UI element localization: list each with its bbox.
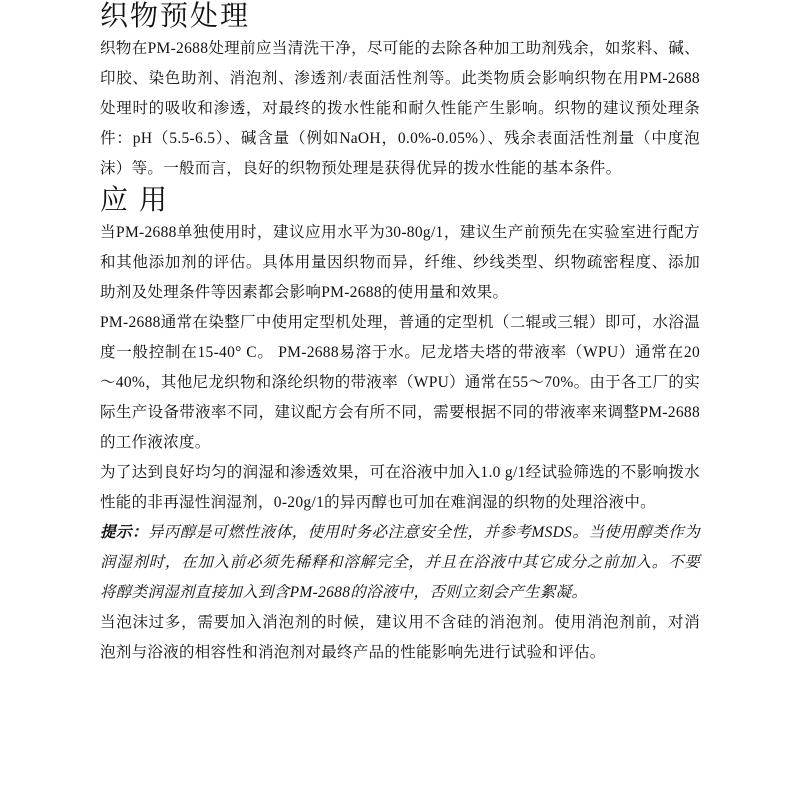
tip-body: 异丙醇是可燃性液体，使用时务必注意安全性，并参考MSDS。当使用醇类作为润湿剂时… [100,524,700,601]
application-process-paragraph: PM-2688通常在染整厂中使用定型机处理，普通的定型机（二辊或三辊）即可，水浴… [100,308,700,458]
pretreatment-paragraph: 织物在PM-2688处理前应当清洗干净，尽可能的去除各种加工助剂残余，如浆料、碱… [100,34,700,184]
tip-paragraph: 提示：异丙醇是可燃性液体，使用时务必注意安全性，并参考MSDS。当使用醇类作为润… [100,518,700,608]
document-page: 织物预处理 织物在PM-2688处理前应当清洗干净，尽可能的去除各种加工助剂残余… [0,0,800,800]
tip-label: 提示： [100,524,148,541]
section-heading-application: 应 用 [100,184,700,218]
application-dosage-paragraph: 当PM-2688单独使用时，建议应用水平为30-80g/1，建议生产前预先在实验… [100,218,700,308]
application-defoamer-paragraph: 当泡沫过多，需要加入消泡剂的时候，建议用不含硅的消泡剂。使用消泡剂前，对消泡剂与… [100,608,700,668]
section-heading-pretreatment: 织物预处理 [100,0,700,34]
document-content: 织物预处理 织物在PM-2688处理前应当清洗干净，尽可能的去除各种加工助剂残余… [100,0,700,668]
application-wetting-paragraph: 为了达到良好均匀的润湿和渗透效果，可在浴液中加入1.0 g/1经试验筛选的不影响… [100,458,700,518]
